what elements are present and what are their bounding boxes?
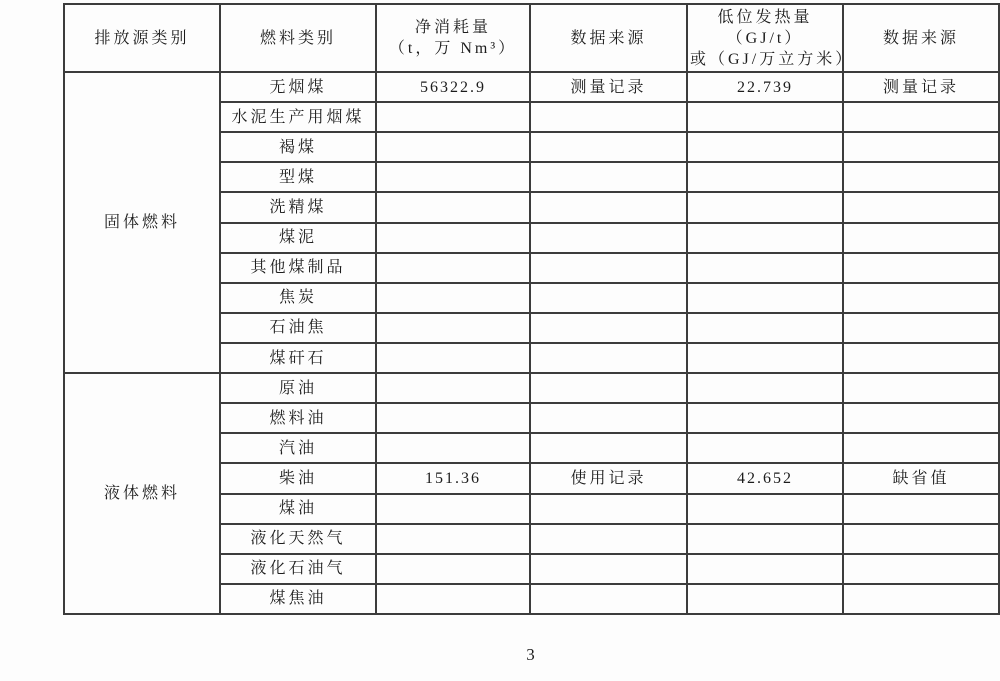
- fuel-name-cell: 柴油: [220, 463, 376, 493]
- header-heating-value: 低位发热量 （GJ/t） 或（GJ/万立方米）: [687, 4, 843, 72]
- data-source-1-cell: [530, 102, 687, 132]
- data-source-2-cell: [843, 162, 999, 192]
- header-net-consumption-line2: （t，万 Nm³）: [379, 38, 527, 59]
- consumption-cell: [376, 192, 530, 222]
- heating-value-cell: [687, 524, 843, 554]
- heating-value-cell: [687, 433, 843, 463]
- data-source-2-cell: [843, 192, 999, 222]
- fuel-name-cell: 煤油: [220, 494, 376, 524]
- consumption-cell: [376, 403, 530, 433]
- consumption-cell: [376, 313, 530, 343]
- data-source-1-cell: 使用记录: [530, 463, 687, 493]
- data-source-2-cell: [843, 494, 999, 524]
- fuel-name-cell: 其他煤制品: [220, 253, 376, 283]
- data-source-1-cell: [530, 162, 687, 192]
- data-source-2-cell: [843, 223, 999, 253]
- heating-value-cell: [687, 403, 843, 433]
- fuel-name-cell: 煤矸石: [220, 343, 376, 373]
- data-source-2-cell: [843, 132, 999, 162]
- data-source-1-cell: [530, 373, 687, 403]
- table-row: 液体燃料 原油: [64, 373, 999, 403]
- consumption-cell: [376, 283, 530, 313]
- header-heating-value-line2: （GJ/t）: [690, 28, 840, 49]
- heating-value-cell: [687, 373, 843, 403]
- heating-value-cell: [687, 584, 843, 614]
- fuel-name-cell: 液化天然气: [220, 524, 376, 554]
- consumption-cell: 56322.9: [376, 72, 530, 102]
- data-source-1-cell: [530, 433, 687, 463]
- header-net-consumption-line1: 净消耗量: [379, 17, 527, 38]
- data-source-1-cell: 测量记录: [530, 72, 687, 102]
- data-source-2-cell: [843, 524, 999, 554]
- data-source-1-cell: [530, 343, 687, 373]
- fuel-name-cell: 型煤: [220, 162, 376, 192]
- heating-value-cell: 22.739: [687, 72, 843, 102]
- consumption-cell: [376, 433, 530, 463]
- consumption-cell: [376, 494, 530, 524]
- data-source-1-cell: [530, 494, 687, 524]
- consumption-cell: [376, 162, 530, 192]
- data-source-2-cell: [843, 102, 999, 132]
- consumption-cell: [376, 223, 530, 253]
- data-source-2-cell: [843, 584, 999, 614]
- data-source-1-cell: [530, 524, 687, 554]
- heating-value-cell: [687, 313, 843, 343]
- fuel-name-cell: 石油焦: [220, 313, 376, 343]
- fuel-name-cell: 无烟煤: [220, 72, 376, 102]
- data-source-1-cell: [530, 192, 687, 222]
- data-source-1-cell: [530, 132, 687, 162]
- header-data-source-1: 数据来源: [530, 4, 687, 72]
- data-source-2-cell: [843, 343, 999, 373]
- data-source-1-cell: [530, 313, 687, 343]
- data-source-2-cell: [843, 253, 999, 283]
- data-source-1-cell: [530, 283, 687, 313]
- data-source-2-cell: [843, 433, 999, 463]
- data-source-2-cell: [843, 373, 999, 403]
- data-source-1-cell: [530, 584, 687, 614]
- header-heating-value-line1: 低位发热量: [690, 7, 840, 28]
- fuel-name-cell: 焦炭: [220, 283, 376, 313]
- consumption-cell: [376, 343, 530, 373]
- heating-value-cell: [687, 283, 843, 313]
- fuel-name-cell: 燃料油: [220, 403, 376, 433]
- fuel-name-cell: 煤焦油: [220, 584, 376, 614]
- heating-value-cell: 42.652: [687, 463, 843, 493]
- section-category-solid-fuel: 固体燃料: [64, 72, 220, 373]
- heating-value-cell: [687, 162, 843, 192]
- fuel-name-cell: 原油: [220, 373, 376, 403]
- data-source-2-cell: 测量记录: [843, 72, 999, 102]
- fuel-name-cell: 水泥生产用烟煤: [220, 102, 376, 132]
- heating-value-cell: [687, 223, 843, 253]
- consumption-cell: [376, 373, 530, 403]
- consumption-cell: [376, 584, 530, 614]
- data-source-1-cell: [530, 223, 687, 253]
- consumption-cell: 151.36: [376, 463, 530, 493]
- document-page: 排放源类别 燃料类别 净消耗量 （t，万 Nm³） 数据来源 低位发热量 （GJ…: [0, 0, 1000, 681]
- header-emission-source-category: 排放源类别: [64, 4, 220, 72]
- section-category-liquid-fuel: 液体燃料: [64, 373, 220, 614]
- heating-value-cell: [687, 494, 843, 524]
- table-row: 固体燃料 无烟煤 56322.9 测量记录 22.739 测量记录: [64, 72, 999, 102]
- data-source-1-cell: [530, 253, 687, 283]
- data-source-2-cell: [843, 313, 999, 343]
- data-source-2-cell: [843, 403, 999, 433]
- consumption-cell: [376, 524, 530, 554]
- consumption-cell: [376, 554, 530, 584]
- fuel-name-cell: 煤泥: [220, 223, 376, 253]
- header-data-source-2: 数据来源: [843, 4, 999, 72]
- data-source-2-cell: 缺省值: [843, 463, 999, 493]
- consumption-cell: [376, 102, 530, 132]
- heating-value-cell: [687, 192, 843, 222]
- data-source-1-cell: [530, 554, 687, 584]
- header-fuel-category: 燃料类别: [220, 4, 376, 72]
- heating-value-cell: [687, 554, 843, 584]
- header-row: 排放源类别 燃料类别 净消耗量 （t，万 Nm³） 数据来源 低位发热量 （GJ…: [64, 4, 999, 72]
- heating-value-cell: [687, 343, 843, 373]
- header-heating-value-line3: 或（GJ/万立方米）: [690, 49, 840, 70]
- table-header: 排放源类别 燃料类别 净消耗量 （t，万 Nm³） 数据来源 低位发热量 （GJ…: [64, 4, 999, 72]
- page-number: 3: [63, 645, 998, 665]
- consumption-cell: [376, 253, 530, 283]
- data-source-1-cell: [530, 403, 687, 433]
- heating-value-cell: [687, 102, 843, 132]
- consumption-cell: [376, 132, 530, 162]
- table-body: 固体燃料 无烟煤 56322.9 测量记录 22.739 测量记录 水泥生产用烟…: [64, 72, 999, 614]
- heating-value-cell: [687, 132, 843, 162]
- fuel-name-cell: 液化石油气: [220, 554, 376, 584]
- header-net-consumption: 净消耗量 （t，万 Nm³）: [376, 4, 530, 72]
- data-source-2-cell: [843, 554, 999, 584]
- data-source-2-cell: [843, 283, 999, 313]
- heating-value-cell: [687, 253, 843, 283]
- fuel-name-cell: 洗精煤: [220, 192, 376, 222]
- fuel-consumption-table: 排放源类别 燃料类别 净消耗量 （t，万 Nm³） 数据来源 低位发热量 （GJ…: [63, 3, 1000, 615]
- fuel-name-cell: 汽油: [220, 433, 376, 463]
- fuel-name-cell: 褐煤: [220, 132, 376, 162]
